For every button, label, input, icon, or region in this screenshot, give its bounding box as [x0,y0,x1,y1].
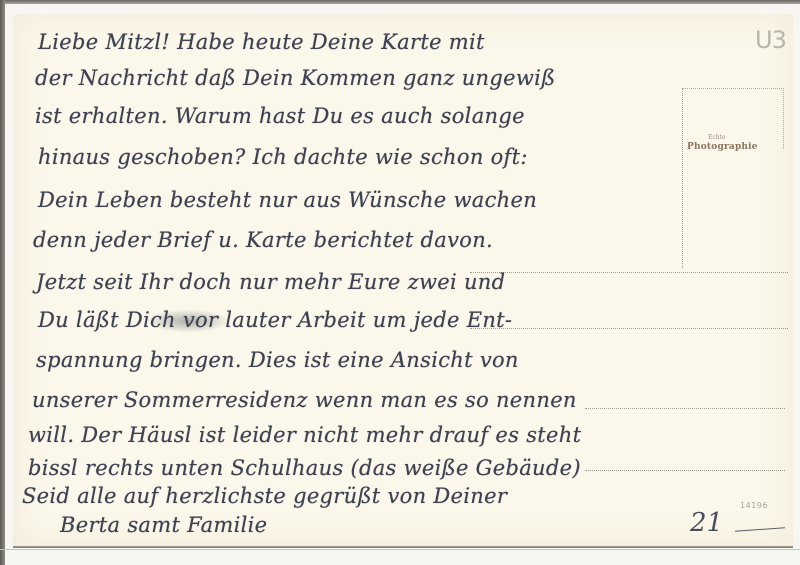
pencil-annotation: U3 [755,26,786,54]
address-line-3 [585,408,785,409]
letter-line: unserer Sommerresidenz wenn man es so ne… [32,388,577,412]
letter-line: bissl rechts unten Schulhaus (das weiße … [28,456,581,480]
letter-line: Seid alle auf herzlichste gegrüßt von De… [22,484,507,508]
printed-label-photographie: Photographie [687,142,758,152]
letter-line: ist erhalten. Warum hast Du es auch sola… [35,104,525,128]
letter-line: Dein Leben besteht nur aus Wünsche wache… [38,188,537,212]
printed-label-echte: Echte [708,134,726,141]
price-annotation: 21 [690,508,723,538]
address-line-1 [470,272,788,273]
letter-line: spannung bringen. Dies ist eine Ansicht … [36,348,519,372]
scan-bottom-edge [0,549,800,550]
scan-edge-left [0,0,5,565]
letter-line: der Nachricht daß Dein Kommen ganz ungew… [35,66,555,90]
letter-signature: Berta samt Familie [60,513,267,537]
letter-line: Liebe Mitzl! Habe heute Deine Karte mit [38,30,485,54]
letter-line: Du läßt Dich vor lauter Arbeit um jede E… [38,308,512,332]
address-line-2 [470,328,788,329]
letter-line: hinaus geschoben? Ich dachte wie schon o… [38,145,528,169]
scan-edge-top [0,0,800,4]
letter-line: Jetzt seit Ihr doch nur mehr Eure zwei u… [36,270,505,294]
stamp-box [683,88,784,149]
address-line-4 [585,470,785,471]
serial-number: 14196 [740,501,768,510]
letter-line: will. Der Häusl ist leider nicht mehr dr… [28,423,581,447]
postcard-divider [682,88,683,268]
letter-line: denn jeder Brief u. Karte berichtet davo… [33,228,493,252]
